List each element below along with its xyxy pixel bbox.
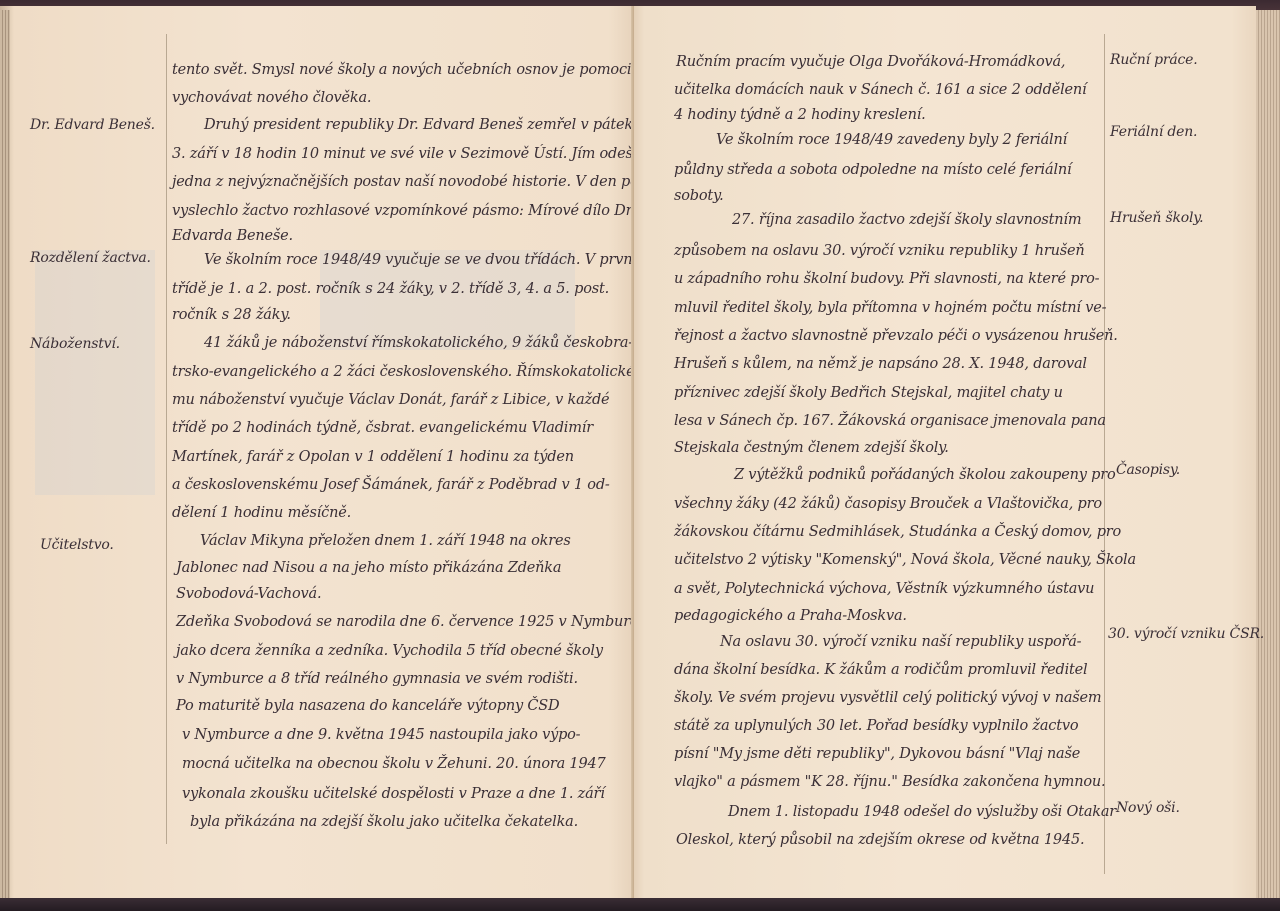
text-line: učitelstvo 2 výtisky "Komenský", Nová šk… <box>674 552 1136 568</box>
text-line: pedagogického a Praha-Moskva. <box>674 608 907 624</box>
text-line: Z výtěžků podniků pořádaných školou zako… <box>734 467 1116 483</box>
text-line: v Nymburce a dne 9. května 1945 nastoupi… <box>182 727 580 743</box>
text-line: 41 žáků je náboženství římskokatolického… <box>204 335 633 351</box>
text-line: dána školní besídka. K žákům a rodičům p… <box>674 662 1087 678</box>
text-line: vlajko" a pásmem "K 28. říjnu." Besídka … <box>674 774 1105 790</box>
text-line: jako dcera ženníka a zedníka. Vychodila … <box>176 643 603 659</box>
text-line: Zdeňka Svobodová se narodila dne 6. červ… <box>176 614 646 630</box>
margin-note-casopisy: Časopisy. <box>1116 462 1180 478</box>
text-line: v Nymburce a 8 tříd reálného gymnasia ve… <box>176 671 578 687</box>
text-line: Druhý president republiky Dr. Edvard Ben… <box>204 117 633 133</box>
text-line: dělení 1 hodinu měsíčně. <box>172 505 351 521</box>
text-line: Dnem 1. listopadu 1948 odešel do výslužb… <box>728 804 1116 820</box>
text-line: a československému Josef Šámánek, farář … <box>172 477 610 493</box>
text-line: vychovávat nového člověka. <box>172 90 371 106</box>
text-line: vykonala zkoušku učitelské dospělosti v … <box>182 786 605 802</box>
text-line: soboty. <box>674 188 724 204</box>
text-line: Svobodová-Vachová. <box>176 586 321 602</box>
text-line: Ve školním roce 1948/49 zavedeny byly 2 … <box>716 132 1067 148</box>
text-line: Po maturitě byla nasazena do kanceláře v… <box>176 698 559 714</box>
text-line: a svět, Polytechnická výchova, Věstník v… <box>674 581 1094 597</box>
right-page-edges <box>1256 10 1280 900</box>
margin-note-novy-osi: Nový oši. <box>1116 800 1180 816</box>
text-line: u západního rohu školní budovy. Při slav… <box>674 271 1099 287</box>
text-line: Martínek, farář z Opolan v 1 oddělení 1 … <box>172 449 574 465</box>
margin-note-rozdeleni-zactva: Rozdělení žactva. <box>30 250 151 266</box>
margin-note-nabozenstvi: Náboženství. <box>30 336 120 352</box>
text-line: půldny středa a sobota odpoledne na míst… <box>674 162 1071 178</box>
text-line: ročník s 28 žáky. <box>172 307 291 323</box>
text-line: mocná učitelka na obecnou školu v Žehuni… <box>182 756 606 772</box>
margin-rule-left <box>166 34 167 844</box>
text-line: způsobem na oslavu 30. výročí vzniku rep… <box>674 243 1085 259</box>
text-line: všechny žáky (42 žáků) časopisy Brouček … <box>674 496 1102 512</box>
text-line: Václav Mikyna přeložen dnem 1. září 1948… <box>200 533 571 549</box>
text-line: tento svět. Smysl nové školy a nových uč… <box>172 62 631 78</box>
margin-note-benes: Dr. Edvard Beneš. <box>30 117 155 133</box>
text-line: trsko-evangelického a 2 žáci českosloven… <box>172 364 639 380</box>
text-line: mu náboženství vyučuje Václav Donát, far… <box>172 392 609 408</box>
text-line: 3. září v 18 hodin 10 minut ve své vile … <box>172 146 646 162</box>
text-line: mluvil ředitel školy, byla přítomna v ho… <box>674 300 1106 316</box>
text-line: 27. října zasadilo žactvo zdejší školy s… <box>732 212 1081 228</box>
bleed-through-shadow <box>35 250 155 495</box>
text-line: státě za uplynulých 30 let. Pořad besídk… <box>674 718 1078 734</box>
text-line: řejnost a žactvo slavnostně převzalo péč… <box>674 328 1118 344</box>
text-line: žákovskou čítárnu Sedmihlásek, Studánka … <box>674 524 1121 540</box>
text-line: vyslechlo žactvo rozhlasové vzpomínkové … <box>172 203 635 219</box>
margin-note-rucni-prace: Ruční práce. <box>1110 52 1198 68</box>
text-line: Hrušeň s kůlem, na němž je napsáno 28. X… <box>674 356 1087 372</box>
margin-note-hrusen-skoly: Hrušeň školy. <box>1110 210 1203 226</box>
text-line: třídě je 1. a 2. post. ročník s 24 žáky,… <box>172 281 609 297</box>
text-line: učitelka domácích nauk v Sánech č. 161 a… <box>674 82 1086 98</box>
text-line: příznivec zdejší školy Bedřich Stejskal,… <box>674 385 1063 401</box>
book-cover-bottom <box>0 898 1280 911</box>
text-line: byla přikázána na zdejší školu jako učit… <box>190 814 578 830</box>
text-line: Stejskala čestným členem zdejší školy. <box>674 440 949 456</box>
margin-note-30-vyroci: 30. výročí vzniku ČSR. <box>1108 626 1264 642</box>
text-line: třídě po 2 hodinách týdně, čsbrat. evang… <box>172 420 593 436</box>
text-line: písní "My jsme děti republiky", Dykovou … <box>674 746 1080 762</box>
text-line: Ve školním roce 1948/49 vyučuje se ve dv… <box>204 252 637 268</box>
text-line: Jablonec nad Nisou a na jeho místo přiká… <box>176 560 561 576</box>
text-line: jedna z nejvýznačnějších postav naší nov… <box>172 174 673 190</box>
text-line: školy. Ve svém projevu vysvětlil celý po… <box>674 690 1101 706</box>
text-line: Ručním pracím vyučuje Olga Dvořáková-Hro… <box>676 54 1065 70</box>
text-line: Edvarda Beneše. <box>172 228 293 244</box>
text-line: lesa v Sánech čp. 167. Žákovská organisa… <box>674 413 1106 429</box>
margin-note-ferialni-den: Feriální den. <box>1110 124 1197 140</box>
text-line: Oleskol, který působil na zdejším okrese… <box>676 832 1084 848</box>
left-page-edges <box>0 10 10 900</box>
text-line: 4 hodiny týdně a 2 hodiny kreslení. <box>674 107 926 123</box>
margin-rule-right <box>1104 34 1105 874</box>
margin-note-ucitelstvo: Učitelstvo. <box>40 537 114 553</box>
text-line: Na oslavu 30. výročí vzniku naší republi… <box>720 634 1081 650</box>
